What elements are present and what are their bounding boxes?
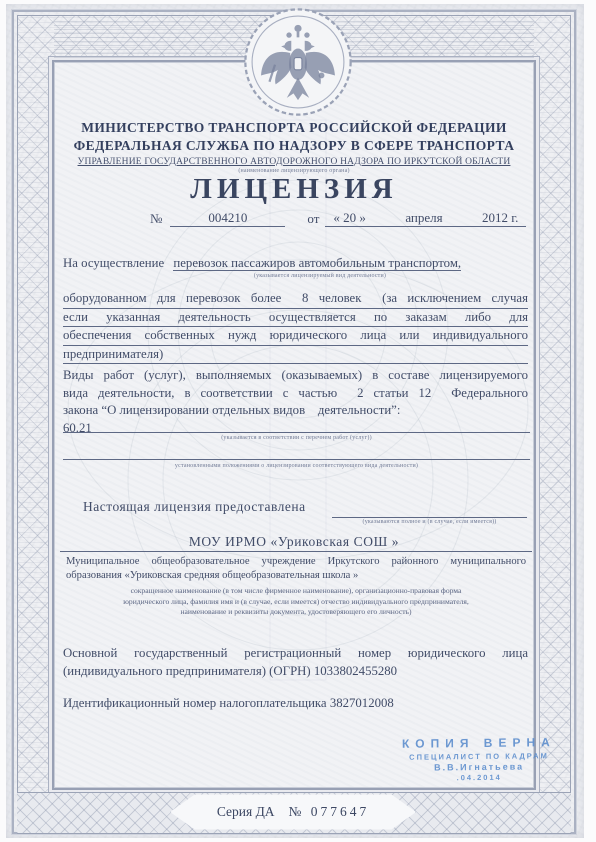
grantee-caption-line: наименование и реквизиты документа, удос…: [60, 607, 532, 618]
copy-verified-stamp: КОПИЯ ВЕРНА СПЕЦИАЛИСТ ПО КАДРАМ В.В.Игн…: [388, 735, 570, 783]
activity-paragraph: оборудованном для перевозок более 8 чело…: [63, 290, 528, 364]
grantee-caption-line: сокращенное наименование (в том числе фи…: [60, 586, 532, 597]
works-caption1: (указывается в соответствии с перечнем р…: [63, 435, 530, 441]
grantee-intro-caption: (указываются полное и (в случае, если им…: [332, 519, 527, 525]
ogrn-line: Основной государственный регистрационный…: [63, 644, 528, 662]
stamp-signature: В.В.Игнатьева: [388, 761, 570, 773]
works-rule: [63, 432, 530, 433]
grantee-intro-rule: [332, 517, 527, 518]
works-caption2: установленными положениями о лицензирова…: [63, 463, 530, 469]
department-title: УПРАВЛЕНИЕ ГОСУДАРСТВЕННОГО АВТОДОРОЖНОГ…: [52, 157, 536, 167]
inn-line: Идентификационный номер налогоплательщик…: [63, 696, 528, 711]
license-document-page: МИНИСТЕРСТВО ТРАНСПОРТА РОССИЙСКОЙ ФЕДЕР…: [0, 0, 596, 842]
grantee-name-rule: [60, 551, 532, 552]
document-title: ЛИЦЕНЗИЯ: [52, 173, 536, 206]
number-sign: №: [150, 211, 162, 227]
serial-number: № 077647: [289, 804, 370, 820]
grantee-full-name: Муниципальное общеобразовательное учрежд…: [66, 555, 526, 582]
license-day: « 20 »: [333, 210, 366, 226]
stamp-line: КОПИЯ ВЕРНА: [388, 735, 570, 751]
grantee-full-name-line: Муниципальное общеобразовательное учрежд…: [66, 555, 526, 569]
activity-intro: На осуществление: [63, 256, 164, 270]
ogrn-line: (индивидуального предпринимателя) (ОГРН)…: [63, 662, 528, 680]
activity-line: предпринимателя): [63, 346, 528, 365]
grantee-caption-line: юридического лица, фамилия имя и (в случ…: [60, 597, 532, 608]
license-number-row: № 004210 от « 20 » апреля 2012 г.: [150, 210, 526, 227]
activity-line: если указанная деятельность осуществляет…: [63, 309, 528, 328]
activity-intro-row: На осуществление перевозок пассажиров ав…: [63, 256, 528, 271]
grantee-short-name: МОУ ИРМО «Уриковская СОШ »: [52, 534, 536, 550]
license-month: апреля: [405, 210, 442, 226]
activity-value: перевозок пассажиров автомобильным транс…: [173, 256, 461, 271]
stamp-date: .04.2014: [388, 772, 570, 783]
license-number: 004210: [170, 210, 285, 227]
grantee-caption: сокращенное наименование (в том числе фи…: [60, 586, 532, 618]
works-paragraph: Виды работ (услуг), выполняемых (оказыва…: [63, 367, 528, 437]
service-title: ФЕДЕРАЛЬНАЯ СЛУЖБА ПО НАДЗОРУ В СФЕРЕ ТР…: [52, 138, 536, 154]
ministry-title: МИНИСТЕРСТВО ТРАНСПОРТА РОССИЙСКОЙ ФЕДЕР…: [52, 120, 536, 136]
license-date: « 20 » апреля 2012 г.: [325, 210, 526, 227]
license-year: 2012 г.: [482, 210, 518, 226]
stamp-line: СПЕЦИАЛИСТ ПО КАДРАМ: [388, 751, 570, 762]
works-line: закона “О лицензировании отдельных видов…: [63, 402, 528, 420]
serial-label: Серия ДА: [217, 804, 275, 820]
works-line: Виды работ (услуг), выполняемых (оказыва…: [63, 367, 528, 385]
ogrn-paragraph: Основной государственный регистрационный…: [63, 644, 528, 680]
works-line: вида деятельности, в соответствии с част…: [63, 385, 528, 403]
conditions-rule: [63, 459, 530, 460]
grantee-intro: Настоящая лицензия предоставлена: [83, 499, 306, 515]
activity-caption: (указывается лицензируемый вид деятельно…: [180, 273, 460, 279]
activity-line: оборудованном для перевозок более 8 чело…: [63, 290, 528, 309]
coat-of-arms-icon: [242, 6, 354, 118]
from-label: от: [307, 211, 319, 227]
grantee-full-name-line: образования «Уриковская средняя общеобра…: [66, 569, 526, 583]
serial-cartouche: Серия ДА № 077647: [170, 793, 416, 831]
activity-line: обеспечения собственных нужд юридическог…: [63, 327, 528, 346]
